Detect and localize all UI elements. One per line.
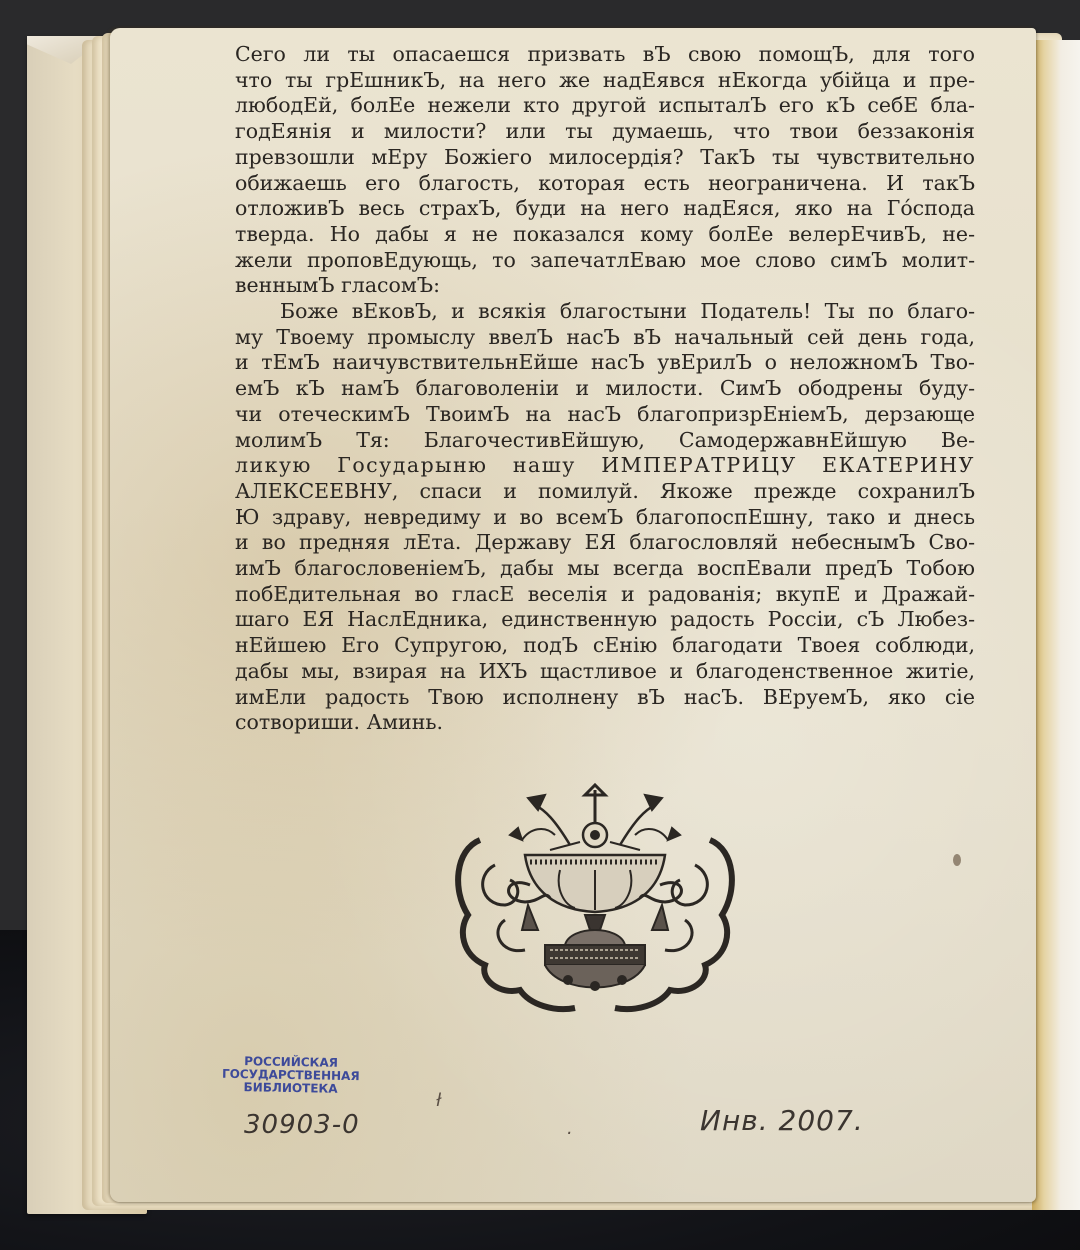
library-stamp: РОССИЙСКАЯ ГОСУДАРСТВЕННАЯ БИБЛИОТЕКА bbox=[222, 1055, 360, 1096]
ink-spot bbox=[953, 854, 961, 866]
text-line: емЪ кЪ намЪ благоволенiи и милости. СимЪ… bbox=[235, 376, 975, 402]
text-line: побЕдительная во гласЕ веселiя и радован… bbox=[235, 582, 975, 608]
text-line: Сего ли ты опасаешся призвать вЪ свою по… bbox=[235, 42, 975, 68]
text-line: жели проповЕдующь, то запечатлЕваю мое с… bbox=[235, 248, 975, 274]
text-line: нЕйшею Его Супругою, подЪ сЕнiю благодат… bbox=[235, 633, 975, 659]
text-line: шаго ЕЯ НаслЕдника, единственную радость… bbox=[235, 607, 975, 633]
text-line: веннымЪ гласомЪ: bbox=[235, 273, 975, 299]
text-line: имЪ благословенiемЪ, дабы мы всегда восп… bbox=[235, 556, 975, 582]
text-line: сотвориши. Аминь. bbox=[235, 710, 975, 736]
text-line: Боже вЕковЪ, и всякiя благостыни Подател… bbox=[235, 299, 975, 325]
stamp-line: БИБЛИОТЕКА bbox=[222, 1081, 360, 1096]
text-line: и тЕмЪ наичувствительнЕйше насЪ увЕрилЪ … bbox=[235, 350, 975, 376]
facing-page-edge bbox=[1032, 40, 1080, 1210]
book-page: Сего ли ты опасаешся призвать вЪ свою по… bbox=[110, 28, 1036, 1202]
text-line-empress-name: АЛЕКСЕЕВНУ, спаси и помилуй. Якоже прежд… bbox=[235, 479, 975, 505]
text-line: отложивЪ весь страхЪ, буди на него надЕя… bbox=[235, 196, 975, 222]
text-line: любодЕй, болЕе нежели кто другой испытал… bbox=[235, 93, 975, 119]
handwritten-acquisition-note: Инв. 2007. bbox=[700, 1104, 864, 1137]
text-line: дабы мы, взирая на ИХЪ щастливое и благо… bbox=[235, 659, 975, 685]
text-line: превзошли мЕру Божiего милосердiя? ТакЪ … bbox=[235, 145, 975, 171]
text-line: му Твоему промыслу ввелЪ насЪ вЪ начальн… bbox=[235, 325, 975, 351]
text-line: что ты грЕшникЪ, на него же надЕявся нЕк… bbox=[235, 68, 975, 94]
handwritten-inventory-number: 30903-0 bbox=[244, 1110, 360, 1140]
vase-ornament-icon bbox=[450, 780, 740, 1025]
handwritten-mark: ł bbox=[436, 1090, 441, 1111]
text-line: и во предняя лЕта. Державу ЕЯ благословл… bbox=[235, 530, 975, 556]
paragraph-2-prayer: Боже вЕковЪ, и всякiя благостыни Подател… bbox=[235, 299, 975, 736]
text-line: имЕли радость Твою исполнену вЪ насЪ. ВЕ… bbox=[235, 685, 975, 711]
text-line: годЕянiя и милости? или ты думаешь, что … bbox=[235, 119, 975, 145]
text-line: обижаешь его благость, которая есть неог… bbox=[235, 171, 975, 197]
text-line: тверда. Но дабы я не показался кому болЕ… bbox=[235, 222, 975, 248]
text-line-imperial-title: ликую Государыню нашу ИМПЕРАТРИЦУ ЕКАТЕР… bbox=[235, 453, 975, 479]
paragraph-1: Сего ли ты опасаешся призвать вЪ свою по… bbox=[235, 42, 975, 299]
faint-handwritten-mark: · bbox=[566, 1123, 572, 1144]
text-line: Ю здраву, невредиму и во всемЪ благопосп… bbox=[235, 505, 975, 531]
page-text: Сего ли ты опасаешся призвать вЪ свою по… bbox=[235, 42, 975, 736]
text-line: молимЪ Тя: БлагочестивЕйшую, Самодержавн… bbox=[235, 428, 975, 454]
text-line: чи отеческимЪ ТвоимЪ на насЪ благопризрЕ… bbox=[235, 402, 975, 428]
